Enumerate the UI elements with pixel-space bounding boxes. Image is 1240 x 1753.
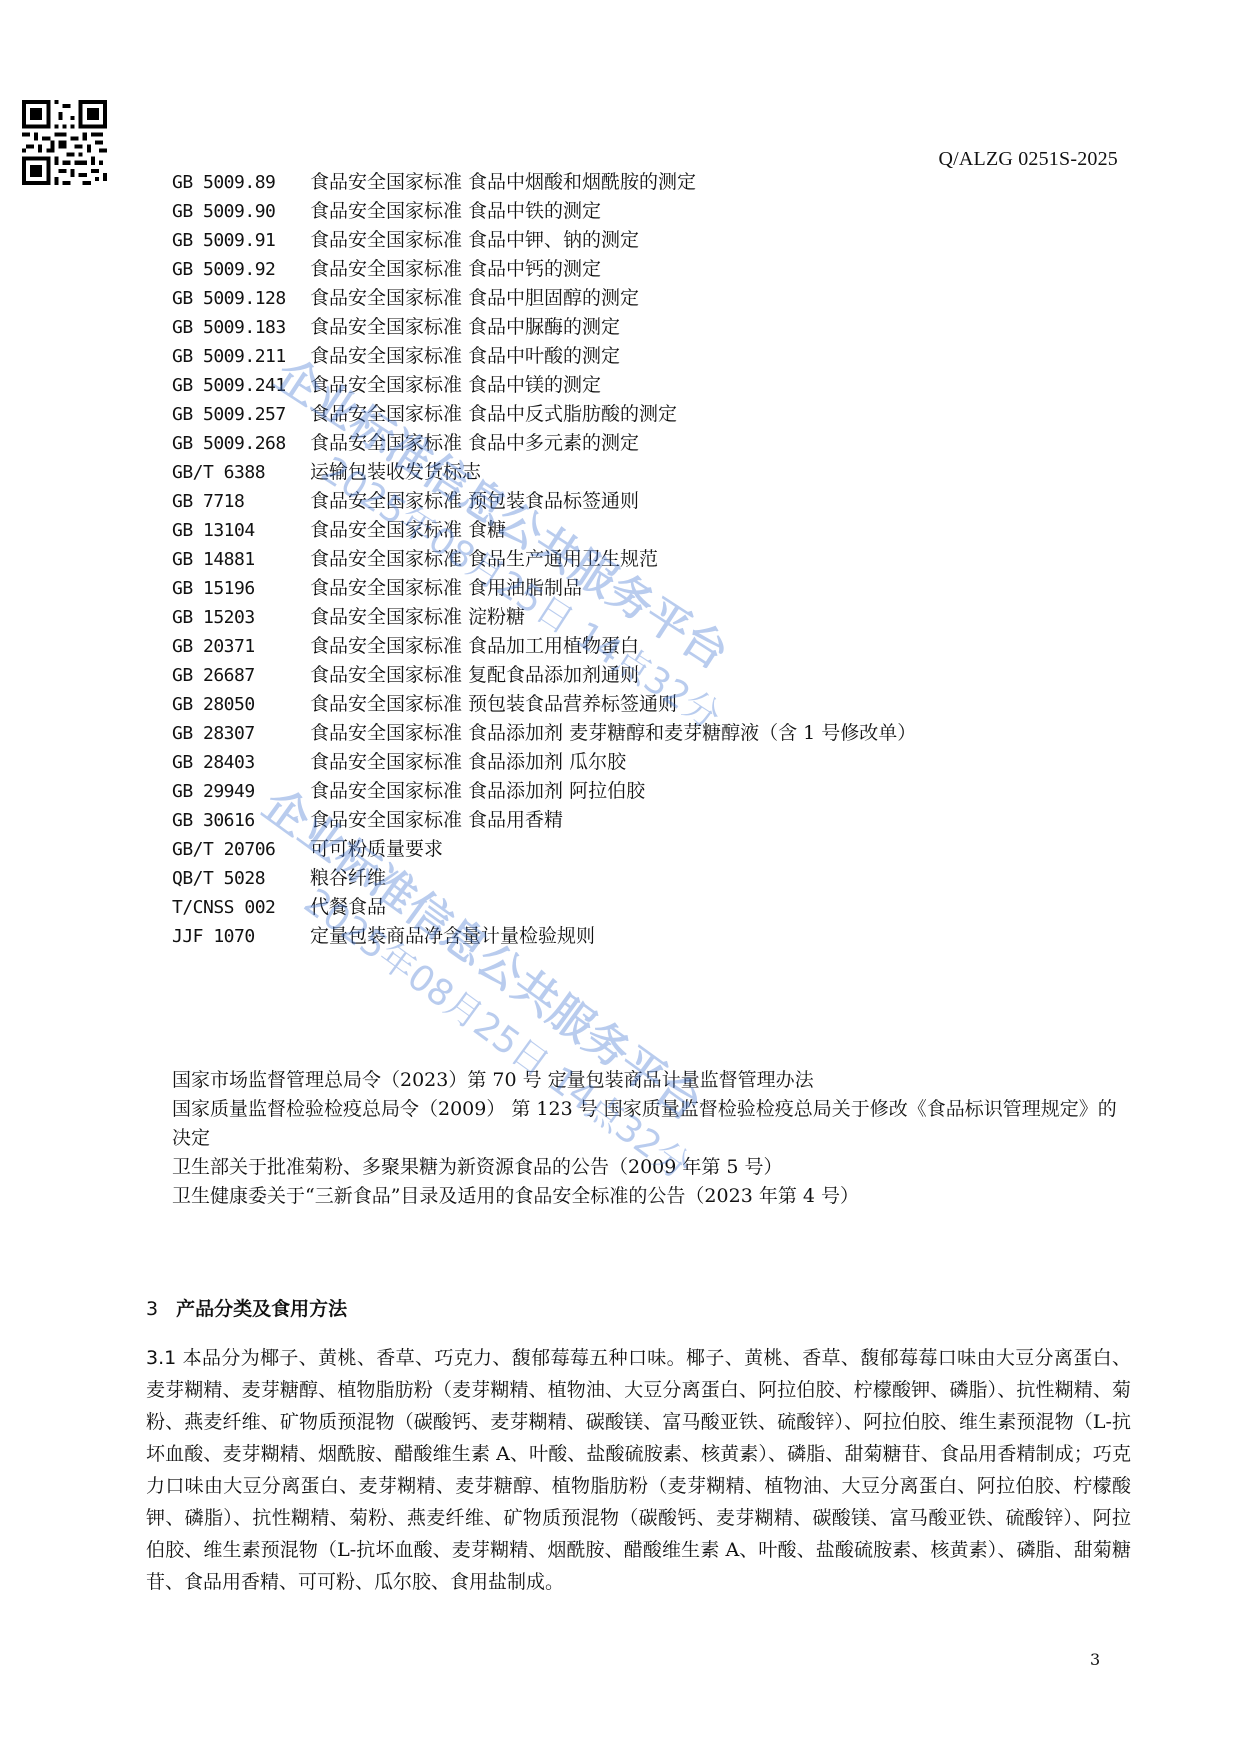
- reference-row: JJF 1070定量包装商品净含量计量检验规则: [172, 922, 1072, 951]
- reference-title: 食品安全国家标准 食品中脲酶的测定: [310, 313, 620, 342]
- reference-row: GB 5009.241食品安全国家标准 食品中镁的测定: [172, 371, 1072, 400]
- reference-code: GB 5009.241: [172, 371, 310, 400]
- reference-code: GB 28403: [172, 748, 310, 777]
- reference-title: 食品安全国家标准 食品中反式脂肪酸的测定: [310, 400, 677, 429]
- reference-row: GB 28050食品安全国家标准 预包装食品营养标签通则: [172, 690, 1072, 719]
- reference-code: GB 14881: [172, 545, 310, 574]
- reference-title: 食品安全国家标准 食品中烟酸和烟酰胺的测定: [310, 168, 696, 197]
- reference-code: JJF 1070: [172, 922, 310, 951]
- regulation-item: 国家质量监督检验检疫总局令（2009） 第 123 号 国家质量监督检验检疫总局…: [172, 1095, 1132, 1153]
- reference-code: GB 20371: [172, 632, 310, 661]
- reference-code: GB 13104: [172, 516, 310, 545]
- reference-row: GB 5009.128食品安全国家标准 食品中胆固醇的测定: [172, 284, 1072, 313]
- reference-title: 食品安全国家标准 食品中胆固醇的测定: [310, 284, 639, 313]
- reference-row: GB 5009.211食品安全国家标准 食品中叶酸的测定: [172, 342, 1072, 371]
- reference-row: GB 30616食品安全国家标准 食品用香精: [172, 806, 1072, 835]
- qr-code-icon: [22, 100, 107, 185]
- section-heading: 3产品分类及食用方法: [146, 1294, 347, 1321]
- reference-row: GB 29949食品安全国家标准 食品添加剂 阿拉伯胶: [172, 777, 1072, 806]
- normative-references-list: GB 5009.89食品安全国家标准 食品中烟酸和烟酰胺的测定 GB 5009.…: [172, 168, 1072, 951]
- regulation-item: 卫生部关于批准菊粉、多聚果糖为新资源食品的公告（2009 年第 5 号）: [172, 1153, 1132, 1182]
- reference-code: GB/T 20706: [172, 835, 310, 864]
- reference-code: GB 5009.268: [172, 429, 310, 458]
- section-title: 产品分类及食用方法: [176, 1298, 347, 1320]
- reference-row: GB 5009.183食品安全国家标准 食品中脲酶的测定: [172, 313, 1072, 342]
- reference-title: 食品安全国家标准 淀粉糖: [310, 603, 525, 632]
- reference-title: 食品安全国家标准 食品添加剂 阿拉伯胶: [310, 777, 645, 806]
- regulation-item: 卫生健康委关于“三新食品”目录及适用的食品安全标准的公告（2023 年第 4 号…: [172, 1182, 1132, 1211]
- reference-code: GB 7718: [172, 487, 310, 516]
- reference-row: GB 7718食品安全国家标准 预包装食品标签通则: [172, 487, 1072, 516]
- reference-title: 食品安全国家标准 食品生产通用卫生规范: [310, 545, 658, 574]
- reference-row: GB 5009.90食品安全国家标准 食品中铁的测定: [172, 197, 1072, 226]
- reference-code: GB 5009.128: [172, 284, 310, 313]
- reference-row: GB 5009.89食品安全国家标准 食品中烟酸和烟酰胺的测定: [172, 168, 1072, 197]
- reference-title: 食品安全国家标准 预包装食品标签通则: [310, 487, 639, 516]
- section-number: 3: [146, 1298, 158, 1320]
- reference-row: GB 15203食品安全国家标准 淀粉糖: [172, 603, 1072, 632]
- reference-code: GB 26687: [172, 661, 310, 690]
- reference-code: GB 5009.90: [172, 197, 310, 226]
- reference-code: GB 28050: [172, 690, 310, 719]
- reference-code: QB/T 5028: [172, 864, 310, 893]
- reference-title: 定量包装商品净含量计量检验规则: [310, 922, 595, 951]
- reference-row: GB/T 6388运输包装收发货标志: [172, 458, 1072, 487]
- reference-title: 食品安全国家标准 食用油脂制品: [310, 574, 582, 603]
- reference-code: GB 15196: [172, 574, 310, 603]
- reference-code: GB 28307: [172, 719, 310, 748]
- reference-title: 食品安全国家标准 食品中多元素的测定: [310, 429, 639, 458]
- reference-title: 食品安全国家标准 食品添加剂 麦芽糖醇和麦芽糖醇液（含 1 号修改单）: [310, 719, 916, 748]
- reference-title: 代餐食品: [310, 893, 386, 922]
- reference-row: GB/T 20706可可粉质量要求: [172, 835, 1072, 864]
- clause-3-1-paragraph: 3.1 本品分为椰子、黄桃、香草、巧克力、馥郁莓莓五种口味。椰子、黄桃、香草、馥…: [146, 1342, 1131, 1598]
- reference-title: 食品安全国家标准 食糖: [310, 516, 506, 545]
- reference-title: 食品安全国家标准 食品用香精: [310, 806, 563, 835]
- regulations-list: 国家市场监督管理总局令（2023）第 70 号 定量包装商品计量监督管理办法 国…: [172, 1066, 1132, 1211]
- reference-row: GB 20371食品安全国家标准 食品加工用植物蛋白: [172, 632, 1072, 661]
- reference-row: GB 5009.268食品安全国家标准 食品中多元素的测定: [172, 429, 1072, 458]
- reference-code: GB 5009.92: [172, 255, 310, 284]
- reference-title: 可可粉质量要求: [310, 835, 443, 864]
- reference-row: GB 28403食品安全国家标准 食品添加剂 瓜尔胶: [172, 748, 1072, 777]
- reference-code: GB 15203: [172, 603, 310, 632]
- clause-text: 本品分为椰子、黄桃、香草、巧克力、馥郁莓莓五种口味。椰子、黄桃、香草、馥郁莓莓口…: [146, 1347, 1131, 1593]
- reference-title: 食品安全国家标准 预包装食品营养标签通则: [310, 690, 677, 719]
- page-number: 3: [1090, 1650, 1100, 1669]
- reference-title: 食品安全国家标准 食品中叶酸的测定: [310, 342, 620, 371]
- reference-row: GB 26687食品安全国家标准 复配食品添加剂通则: [172, 661, 1072, 690]
- regulation-item: 国家市场监督管理总局令（2023）第 70 号 定量包装商品计量监督管理办法: [172, 1066, 1132, 1095]
- reference-title: 食品安全国家标准 食品中钙的测定: [310, 255, 601, 284]
- reference-row: GB 14881食品安全国家标准 食品生产通用卫生规范: [172, 545, 1072, 574]
- reference-title: 食品安全国家标准 食品加工用植物蛋白: [310, 632, 639, 661]
- reference-code: GB 5009.211: [172, 342, 310, 371]
- reference-title: 食品安全国家标准 食品中钾、钠的测定: [310, 226, 639, 255]
- reference-code: GB 5009.257: [172, 400, 310, 429]
- reference-title: 食品安全国家标准 食品添加剂 瓜尔胶: [310, 748, 626, 777]
- reference-code: GB 30616: [172, 806, 310, 835]
- reference-code: GB 5009.183: [172, 313, 310, 342]
- reference-code: GB/T 6388: [172, 458, 310, 487]
- reference-row: GB 5009.92食品安全国家标准 食品中钙的测定: [172, 255, 1072, 284]
- reference-row: GB 15196食品安全国家标准 食用油脂制品: [172, 574, 1072, 603]
- reference-code: GB 29949: [172, 777, 310, 806]
- reference-code: GB 5009.91: [172, 226, 310, 255]
- clause-number: 3.1: [146, 1347, 176, 1369]
- reference-code: T/CNSS 002: [172, 893, 310, 922]
- reference-code: GB 5009.89: [172, 168, 310, 197]
- reference-row: GB 5009.257食品安全国家标准 食品中反式脂肪酸的测定: [172, 400, 1072, 429]
- reference-row: GB 13104食品安全国家标准 食糖: [172, 516, 1072, 545]
- reference-row: GB 28307食品安全国家标准 食品添加剂 麦芽糖醇和麦芽糖醇液（含 1 号修…: [172, 719, 1072, 748]
- reference-title: 食品安全国家标准 复配食品添加剂通则: [310, 661, 639, 690]
- reference-title: 运输包装收发货标志: [310, 458, 481, 487]
- reference-title: 粮谷纤维: [310, 864, 386, 893]
- reference-row: GB 5009.91食品安全国家标准 食品中钾、钠的测定: [172, 226, 1072, 255]
- reference-title: 食品安全国家标准 食品中镁的测定: [310, 371, 601, 400]
- reference-row: T/CNSS 002代餐食品: [172, 893, 1072, 922]
- reference-row: QB/T 5028粮谷纤维: [172, 864, 1072, 893]
- reference-title: 食品安全国家标准 食品中铁的测定: [310, 197, 601, 226]
